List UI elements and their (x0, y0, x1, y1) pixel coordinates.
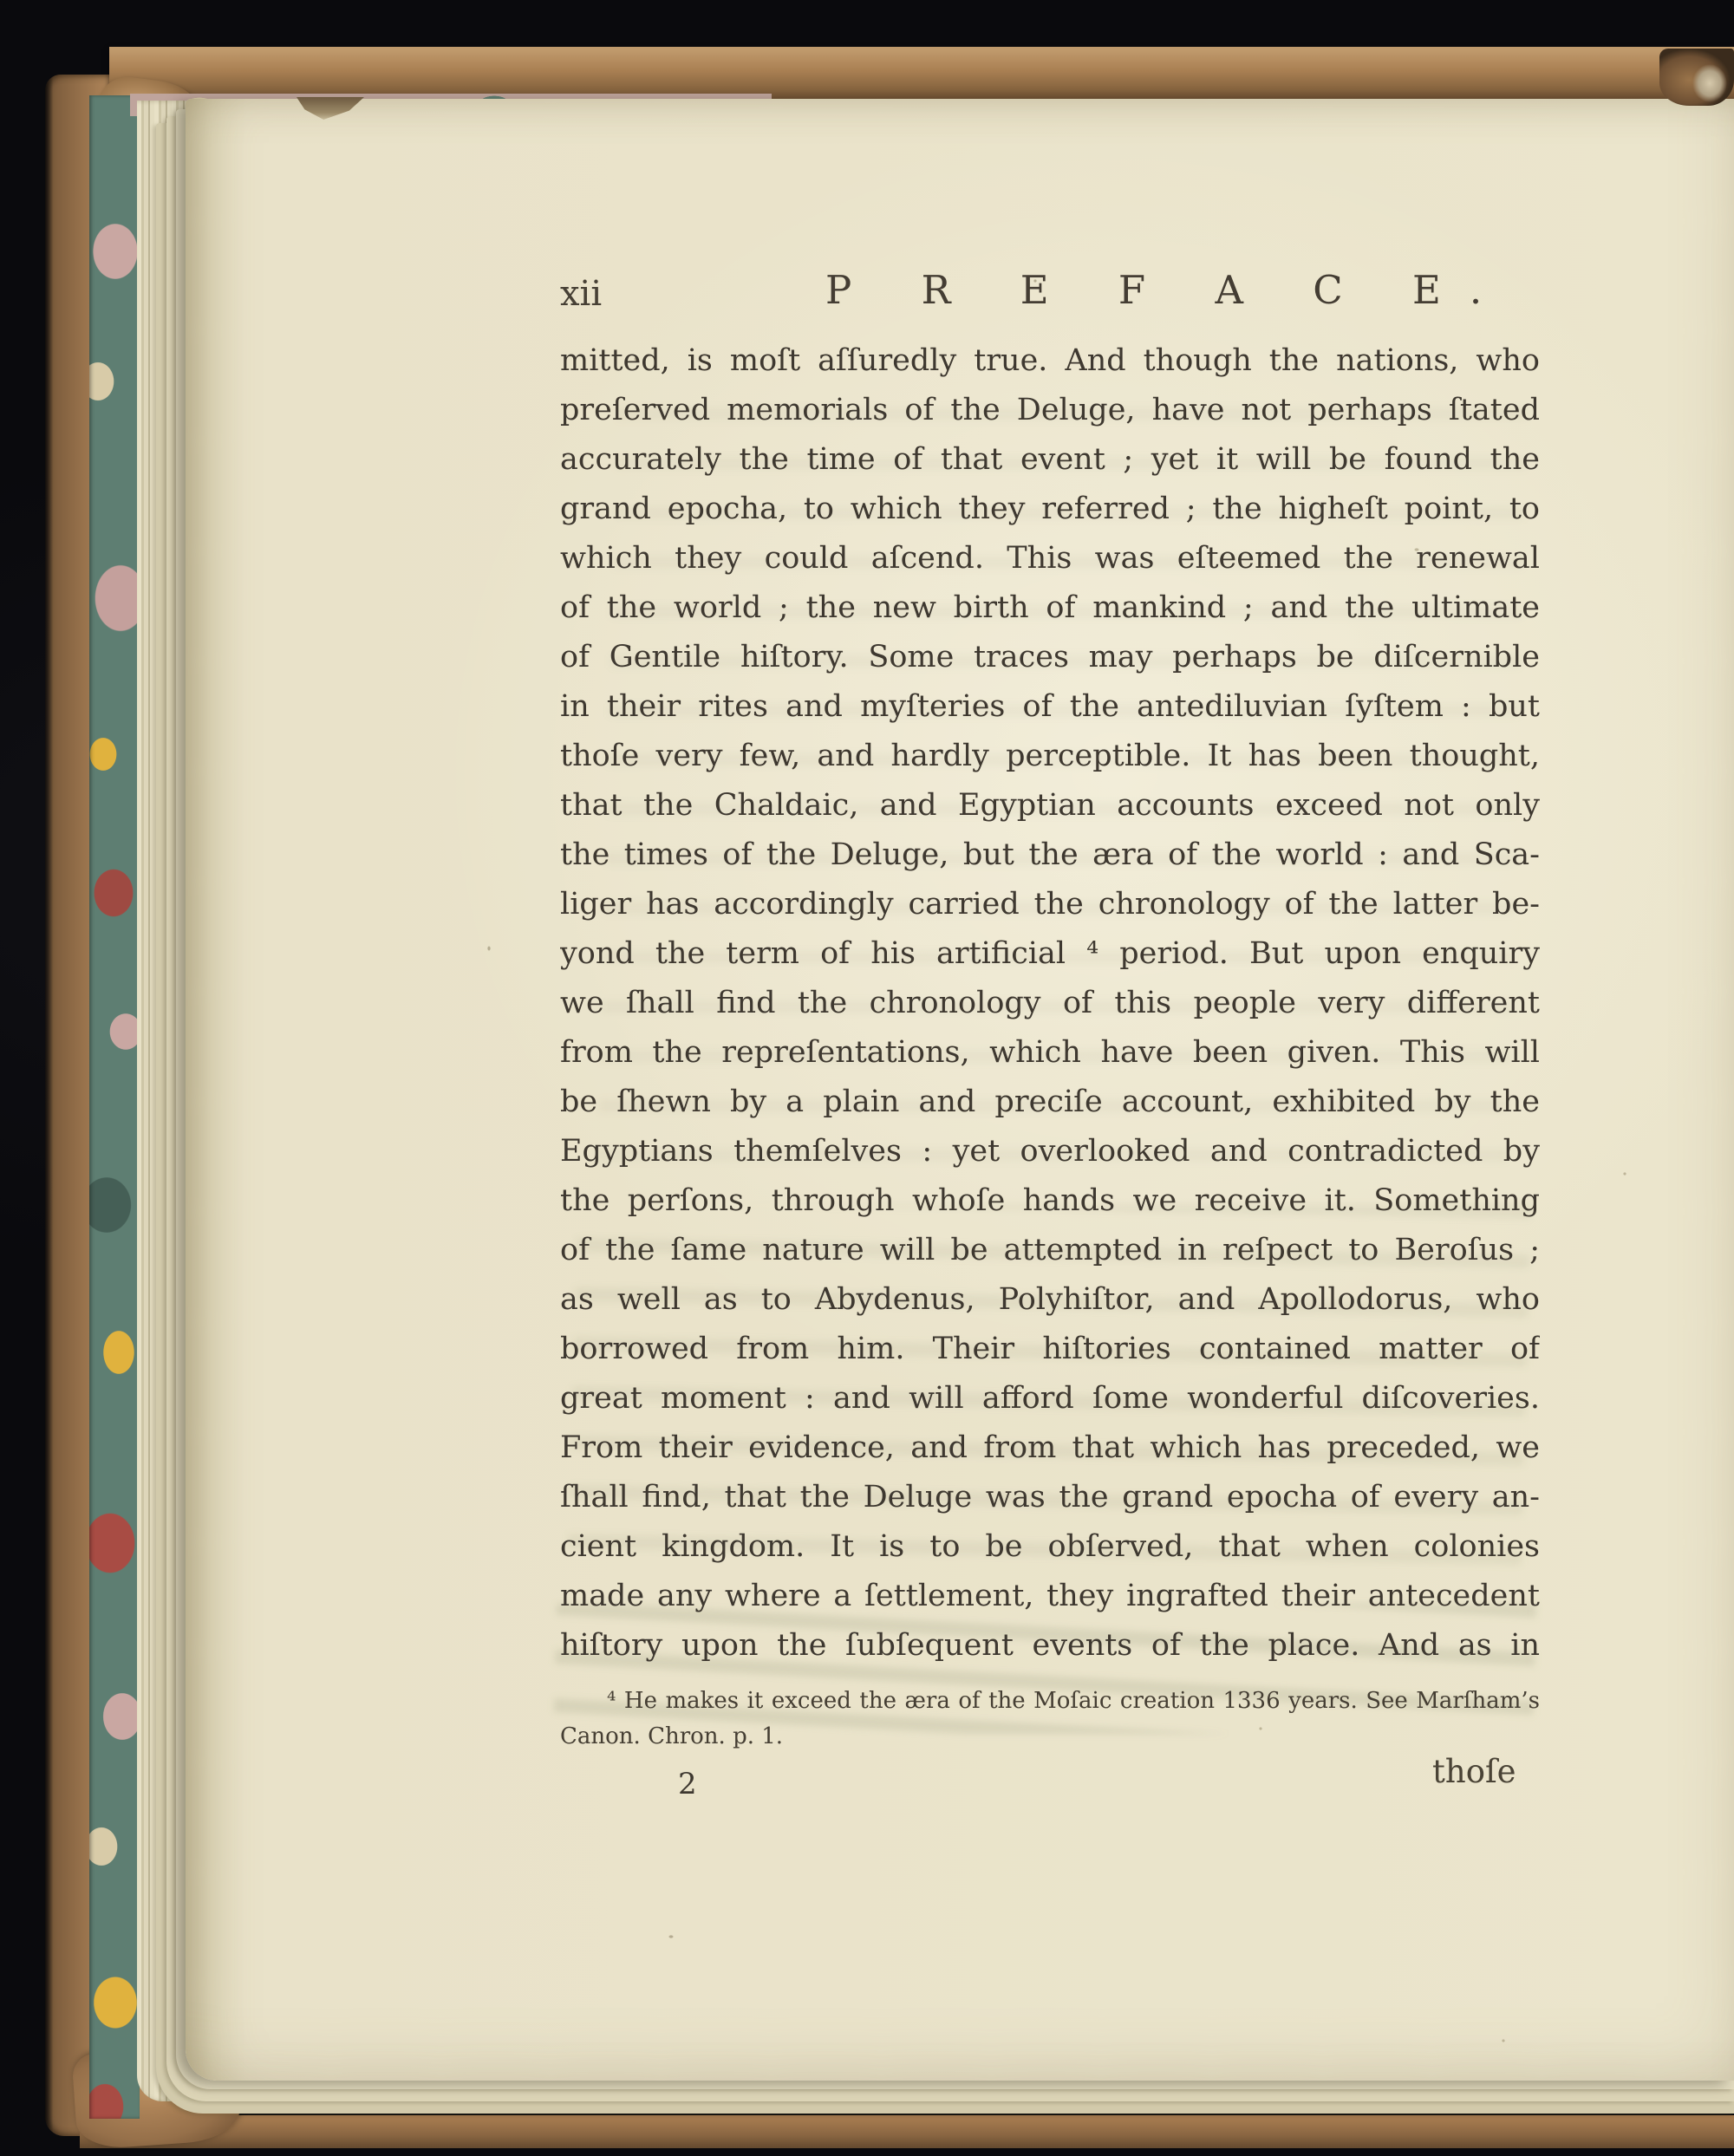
page-body-text: mitted, is moſt aſſuredly true. And thou… (560, 336, 1540, 1671)
footnote-line: Canon. Chron. p. 1. (560, 1719, 1540, 1755)
footnote: ⁴ He makes it exceed the æra of the Moſa… (560, 1684, 1540, 1755)
body-text-line: that the Chaldaic, and Egyptian accounts… (560, 781, 1540, 830)
body-text-line: as well as to Abydenus, Polyhiſtor, and … (560, 1275, 1540, 1325)
marbled-endpaper-edge (89, 95, 140, 2119)
page-title: P R E F A C E. (825, 267, 1510, 313)
body-text-line: we ſhall find the chronology of this peo… (560, 979, 1540, 1028)
footnote-line: ⁴ He makes it exceed the æra of the Moſa… (560, 1684, 1540, 1719)
catchword: thoſe (1432, 1753, 1516, 1790)
body-text-line: mitted, is moſt aſſuredly true. And thou… (560, 336, 1540, 386)
folio-page-number: xii (560, 274, 602, 314)
body-text-line: be ſhewn by a plain and preciſe account,… (560, 1078, 1540, 1127)
body-text-line: of Gentile hiſtory. Some traces may perh… (560, 633, 1540, 682)
cover-damage-glint (1692, 64, 1727, 102)
body-text-line: cient kingdom. It is to be obſerved, tha… (560, 1522, 1540, 1572)
body-text-line: made any where a ſettlement, they ingraf… (560, 1572, 1540, 1621)
body-text-line: preſerved memorials of the Deluge, have … (560, 386, 1540, 435)
book-cover-top-edge (109, 47, 1734, 99)
body-text-line: of the ſame nature will be attempted in … (560, 1226, 1540, 1275)
body-text-line: from the repreſentations, which have bee… (560, 1028, 1540, 1078)
body-text-line: accurately the time of that event ; yet … (560, 435, 1540, 485)
body-text-line: in their rites and myſteries of the ante… (560, 682, 1540, 732)
body-text-line: hiſtory upon the ſubſequent events of th… (560, 1621, 1540, 1671)
body-text-line: From their evidence, and from that which… (560, 1423, 1540, 1473)
scan-background: xii P R E F A C E. mitted, is moſt aſſur… (0, 0, 1734, 2156)
body-text-line: grand epocha, to which they referred ; t… (560, 485, 1540, 534)
body-text-line: which they could aſcend. This was eſteem… (560, 534, 1540, 583)
body-text-line: yond the term of his artificial ⁴ period… (560, 929, 1540, 979)
body-text-line: great moment : and will afford ſome wond… (560, 1374, 1540, 1423)
body-text-line: Egyptians themſelves : yet overlooked an… (560, 1127, 1540, 1176)
body-text-line: borrowed from him. Their hiſtories conta… (560, 1325, 1540, 1374)
body-text-line: the times of the Deluge, but the æra of … (560, 830, 1540, 880)
body-text-line: thoſe very few, and hardly perceptible. … (560, 732, 1540, 781)
body-text-line: ſhall find, that the Deluge was the gran… (560, 1473, 1540, 1522)
body-text-line: of the world ; the new birth of mankind … (560, 583, 1540, 633)
signature-mark: 2 (678, 1767, 697, 1801)
book-cover-bottom-edge (80, 2115, 1734, 2148)
body-text-line: the perſons, through whoſe hands we rece… (560, 1176, 1540, 1226)
body-text-line: liger has accordingly carried the chrono… (560, 880, 1540, 929)
